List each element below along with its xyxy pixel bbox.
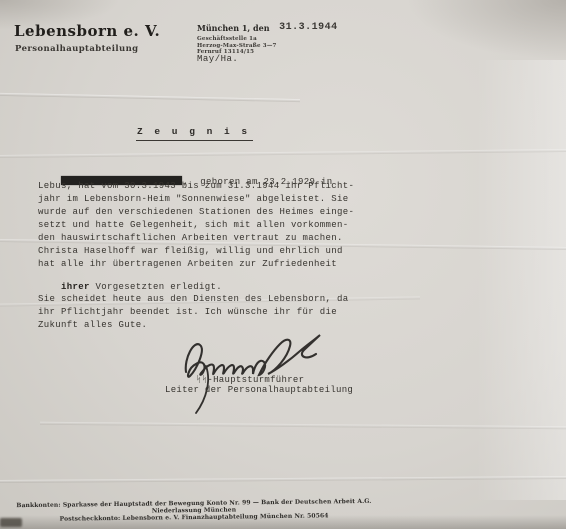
handwritten-signature xyxy=(178,320,338,420)
body-line: Zukunft alles Gute. xyxy=(38,320,147,330)
body-line: hat alle ihr übertragenen Arbeiten zur Z… xyxy=(38,259,337,269)
place-date-label: München 1, den xyxy=(197,23,270,33)
body-line: den hauswirtschaftlichen Arbeiten vertra… xyxy=(38,233,343,243)
scanned-document-page: Lebensborn e. V. Personalhauptabteilung … xyxy=(0,0,566,529)
letterhead-right-block: München 1, den 31.3.1944 Geschäftsstelle… xyxy=(197,18,338,56)
body-line: Sie scheidet heute aus den Diensten des … xyxy=(38,294,349,304)
paper-highlight-right xyxy=(476,60,566,500)
emphasized-word: ihrer xyxy=(61,282,90,292)
crease xyxy=(0,476,566,483)
signer-rank: ᛋᛋ-Hauptsturmführer xyxy=(196,375,304,385)
body-line: Lebus, hat vom 30.3.1943 bis zum 31.3.19… xyxy=(38,181,354,191)
ink-smudge xyxy=(0,518,22,527)
body-line: Christa Haselhoff war fleißig, willig un… xyxy=(38,246,343,256)
body-line: wurde auf den verschiedenen Stationen de… xyxy=(38,207,354,217)
body-line: setzt und hatte Gelegenheit, sich mit al… xyxy=(38,220,349,230)
org-name: Lebensborn e. V. xyxy=(14,22,160,40)
document-title: Z e u g n i s xyxy=(136,126,253,141)
org-department: Personalhauptabteilung xyxy=(15,44,139,54)
body-line-text: Vorgesetzten erledigt. xyxy=(90,282,222,292)
signer-role: Leiter der Personalhauptabteilung xyxy=(165,385,353,395)
reference-initials: May/Ha. xyxy=(197,54,238,64)
body-line: ihr Pflichtjahr beendet ist. Ich wünsche… xyxy=(38,307,337,317)
crease xyxy=(0,149,566,158)
body-line: jahr im Lebensborn-Heim "Sonnenwiese" ab… xyxy=(38,194,349,204)
typed-date: 31.3.1944 xyxy=(279,22,338,33)
crease xyxy=(0,93,300,102)
bank-footer: Bankkonten: Sparkasse der Hauptstadt der… xyxy=(8,498,380,524)
crease xyxy=(40,422,566,430)
paper-shadow-top-right xyxy=(406,0,566,60)
